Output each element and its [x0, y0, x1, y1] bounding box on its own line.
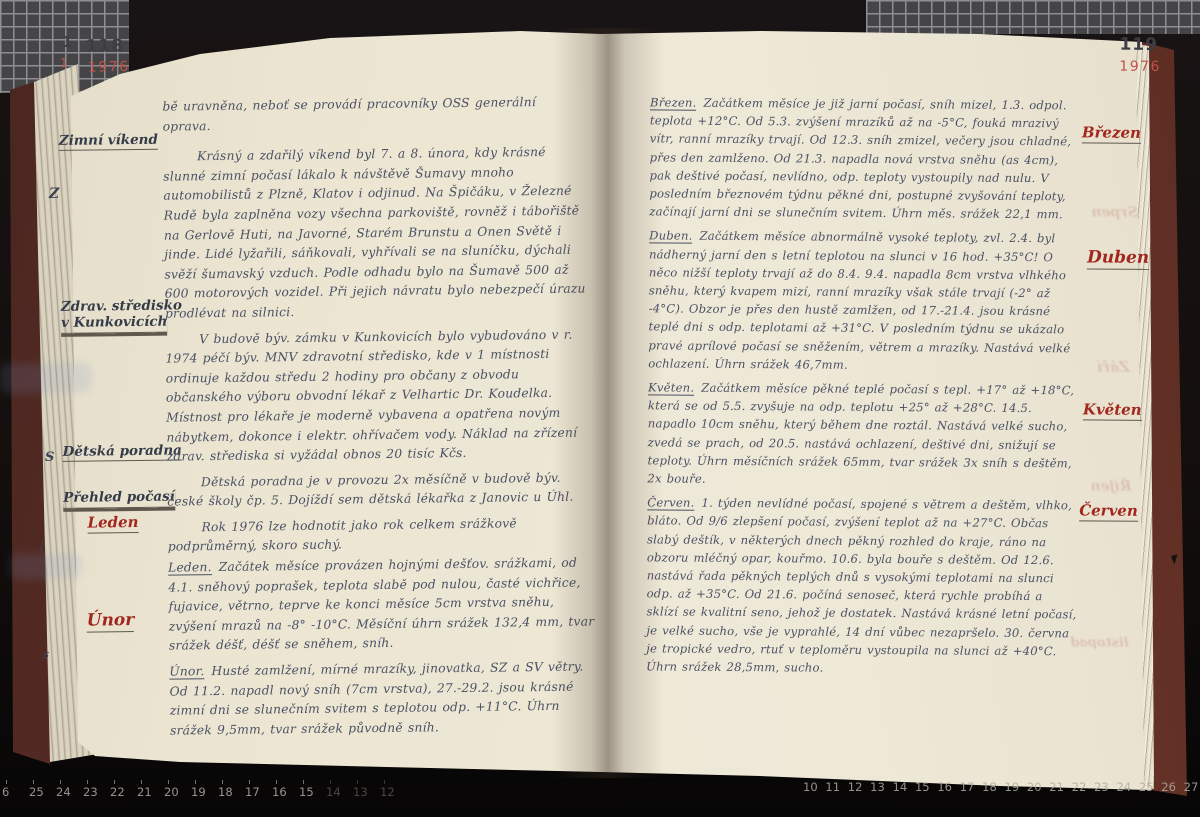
ruler-number: 13: [353, 780, 380, 799]
ruler-number: 13: [870, 780, 892, 794]
paragraph-text: Začátkem měsíce abnormálně vysoké teplot…: [648, 229, 1070, 371]
ruler-number: 23: [1094, 780, 1116, 794]
ruler-number: 24: [56, 780, 83, 799]
margin-heading-duben: Duben: [1087, 247, 1149, 269]
ruler-number: 20: [164, 780, 191, 799]
bleed-through-heading: listopad: [1070, 635, 1129, 650]
paragraph-text: Začátkem měsíce pěkné teplé počasí s tep…: [647, 381, 1074, 486]
april-paragraph: Duben.Začátkem měsíce abnormálně vysoké …: [648, 227, 1079, 376]
may-paragraph: Květen.Začátkem měsíce pěkné teplé počas…: [647, 378, 1078, 490]
month-lead: Březen.: [650, 95, 697, 110]
margin-heading-label: Květen: [1083, 400, 1142, 420]
margin-heading-label: Červen: [1079, 501, 1138, 521]
margin-heading-brezen: Březen: [1082, 123, 1141, 143]
margin-heading-label: Duben: [1087, 247, 1149, 269]
ruler-scale-right: 101112131415161718192021222324252627: [803, 780, 1200, 794]
bleed-through-headings: SrpenZáříŘíjenlistopad: [3, 0, 1200, 2]
right-page-text: Březen.Začátkem měsíce je již jarní poča…: [646, 93, 1080, 684]
book-photo: 11ZSls 118 1976 Zimní víkend Zdrav. stře…: [0, 0, 1200, 817]
ruler-number: 21: [1049, 780, 1071, 794]
ruler-number: 16: [272, 780, 299, 799]
ruler-number: 17: [245, 780, 272, 799]
ruler-number: 18: [982, 780, 1004, 794]
ruler-number: 15: [915, 780, 937, 794]
ruler-number: 14: [893, 780, 915, 794]
paragraph-text: 1. týden nevlídné počasí, spojené s větr…: [646, 496, 1076, 675]
ruler-number: 22: [110, 780, 137, 799]
ruler-number: 20: [1027, 780, 1049, 794]
ruler-number: 21: [137, 780, 164, 799]
ruler-scale-left: 62524232221201918171615141312: [2, 780, 407, 799]
right-page-content: 119 1976 SrpenZáříŘíjenlistopad Březen D…: [0, 0, 1200, 817]
margin-heading-label: Březen: [1082, 123, 1141, 143]
ruler-number: 15: [299, 780, 326, 799]
ruler-number: 27: [1184, 780, 1200, 794]
march-paragraph: Březen.Začátkem měsíce je již jarní poča…: [649, 93, 1080, 223]
margin-heading-cerven: Červen: [1079, 501, 1138, 521]
ruler-number: 10: [803, 780, 825, 794]
ruler-number: 14: [326, 780, 353, 799]
ruler-number: 19: [191, 780, 218, 799]
ruler-number: 17: [960, 780, 982, 794]
margin-heading-kveten: Květen: [1083, 400, 1142, 420]
bleed-through-heading: Srpen: [1091, 204, 1137, 220]
ruler-number: 12: [380, 780, 407, 799]
ruler-number: 24: [1116, 780, 1138, 794]
right-year-stamp: 1976: [1119, 59, 1161, 75]
month-lead: Červen.: [647, 496, 694, 511]
bleed-through-heading: Září: [1097, 360, 1129, 376]
right-page-number: 119: [1119, 35, 1158, 55]
paragraph-text: Začátkem měsíce je již jarní počasí, sní…: [649, 96, 1071, 222]
month-lead: Květen.: [648, 380, 694, 395]
ruler-number: 25: [1139, 780, 1161, 794]
ruler-number: 16: [937, 780, 959, 794]
ruler-number: 23: [83, 780, 110, 799]
ruler-number: 18: [218, 780, 245, 799]
month-lead: Duben.: [649, 229, 693, 244]
ruler-number: 22: [1072, 780, 1094, 794]
bleed-through-heading: Říjen: [1090, 478, 1131, 494]
ruler-number: 11: [825, 780, 847, 794]
june-paragraph: Červen.1. týden nevlídné počasí, spojené…: [646, 494, 1077, 679]
ruler-number: 6: [2, 780, 29, 799]
ruler-number: 12: [848, 780, 870, 794]
ruler-number: 26: [1161, 780, 1183, 794]
ruler-number: 19: [1005, 780, 1027, 794]
ruler-number: 25: [29, 780, 56, 799]
